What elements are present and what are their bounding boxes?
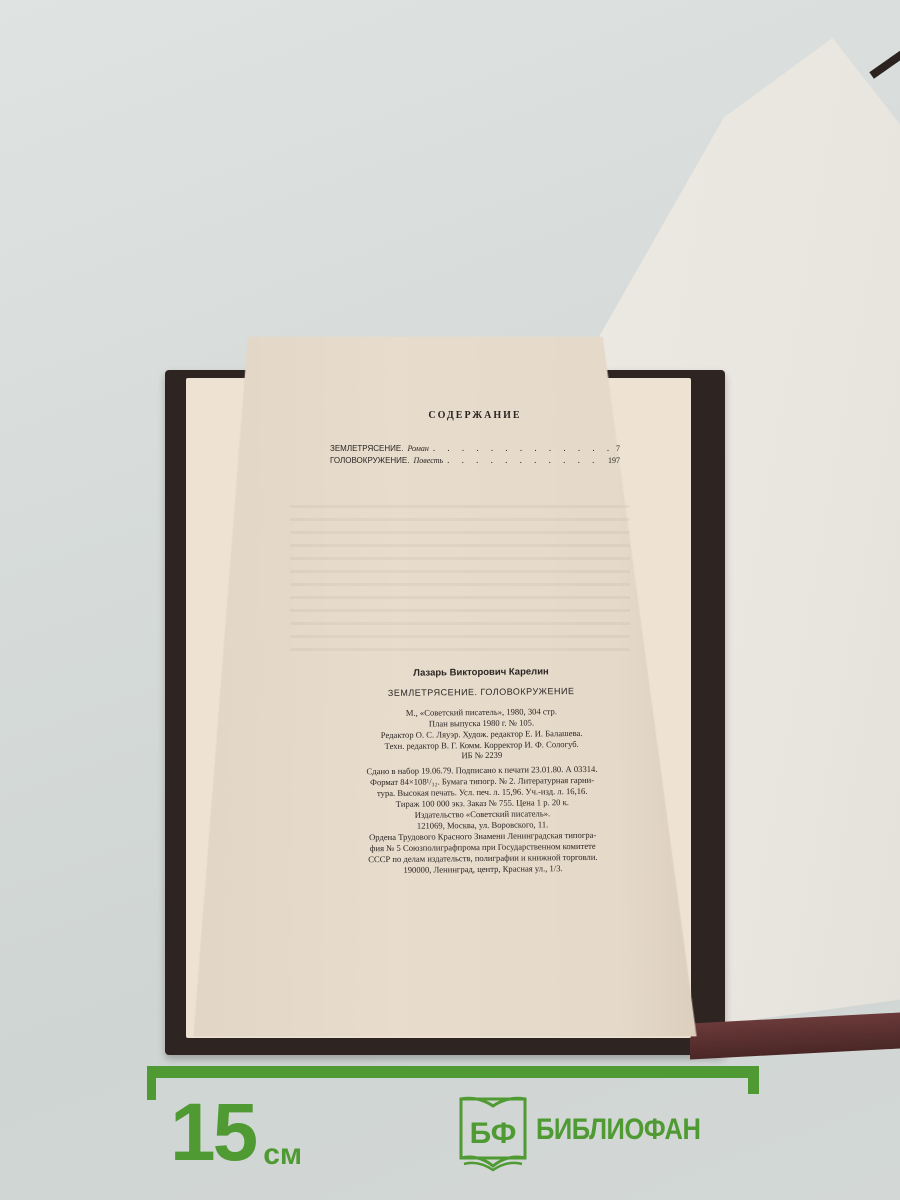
toc-entry-name: ГОЛОВОКРУЖЕНИЕ. [330,456,410,465]
table-of-contents: СОДЕРЖАНИЕ ЗЕМЛЕТРЯСЕНИЕ. Роман . . . . … [330,410,620,467]
toc-leader-dots: . . . . . . . . . . . . . . . . . . . . … [433,443,612,453]
toc-entry-name: ЗЕМЛЕТРЯСЕНИЕ. [330,444,403,453]
toc-entry-genre: Роман [407,444,428,453]
logo-mark-text: БФ [470,1117,517,1150]
toc-title: СОДЕРЖАНИЕ [330,410,620,421]
scale-unit: см [263,1140,302,1170]
scale-ruler-right-tick [748,1066,759,1094]
scale-ruler-bar [147,1066,759,1078]
book-title: ЗЕМЛЕТРЯСЕНИЕ. ГОЛОВОКРУЖЕНИЕ [295,685,667,700]
book-cover-corner [869,49,900,78]
show-through-text [290,495,630,655]
logo-name: БИБЛИОФАН [536,1113,701,1147]
toc-entry-genre: Повесть [414,456,444,465]
scale-value: 15 [170,1092,255,1174]
scale-ruler-left-tick [147,1066,156,1100]
toc-entry: ГОЛОВОКРУЖЕНИЕ. Повесть . . . . . . . . … [330,455,620,465]
toc-leader-dots: . . . . . . . . . . . . . . . . . . . . … [447,455,604,465]
toc-entry-page: 197 [608,456,620,465]
scale-label: 15 см [170,1092,302,1174]
toc-entry-page: 7 [616,444,620,453]
toc-entry: ЗЕМЛЕТРЯСЕНИЕ. Роман . . . . . . . . . .… [330,443,620,453]
colophon: Лазарь Викторович Карелин ЗЕМЛЕТРЯСЕНИЕ.… [295,666,669,876]
bibliofan-logo: БФ БИБЛИОФАН [458,1096,730,1170]
open-book-icon: БФ [458,1096,528,1170]
